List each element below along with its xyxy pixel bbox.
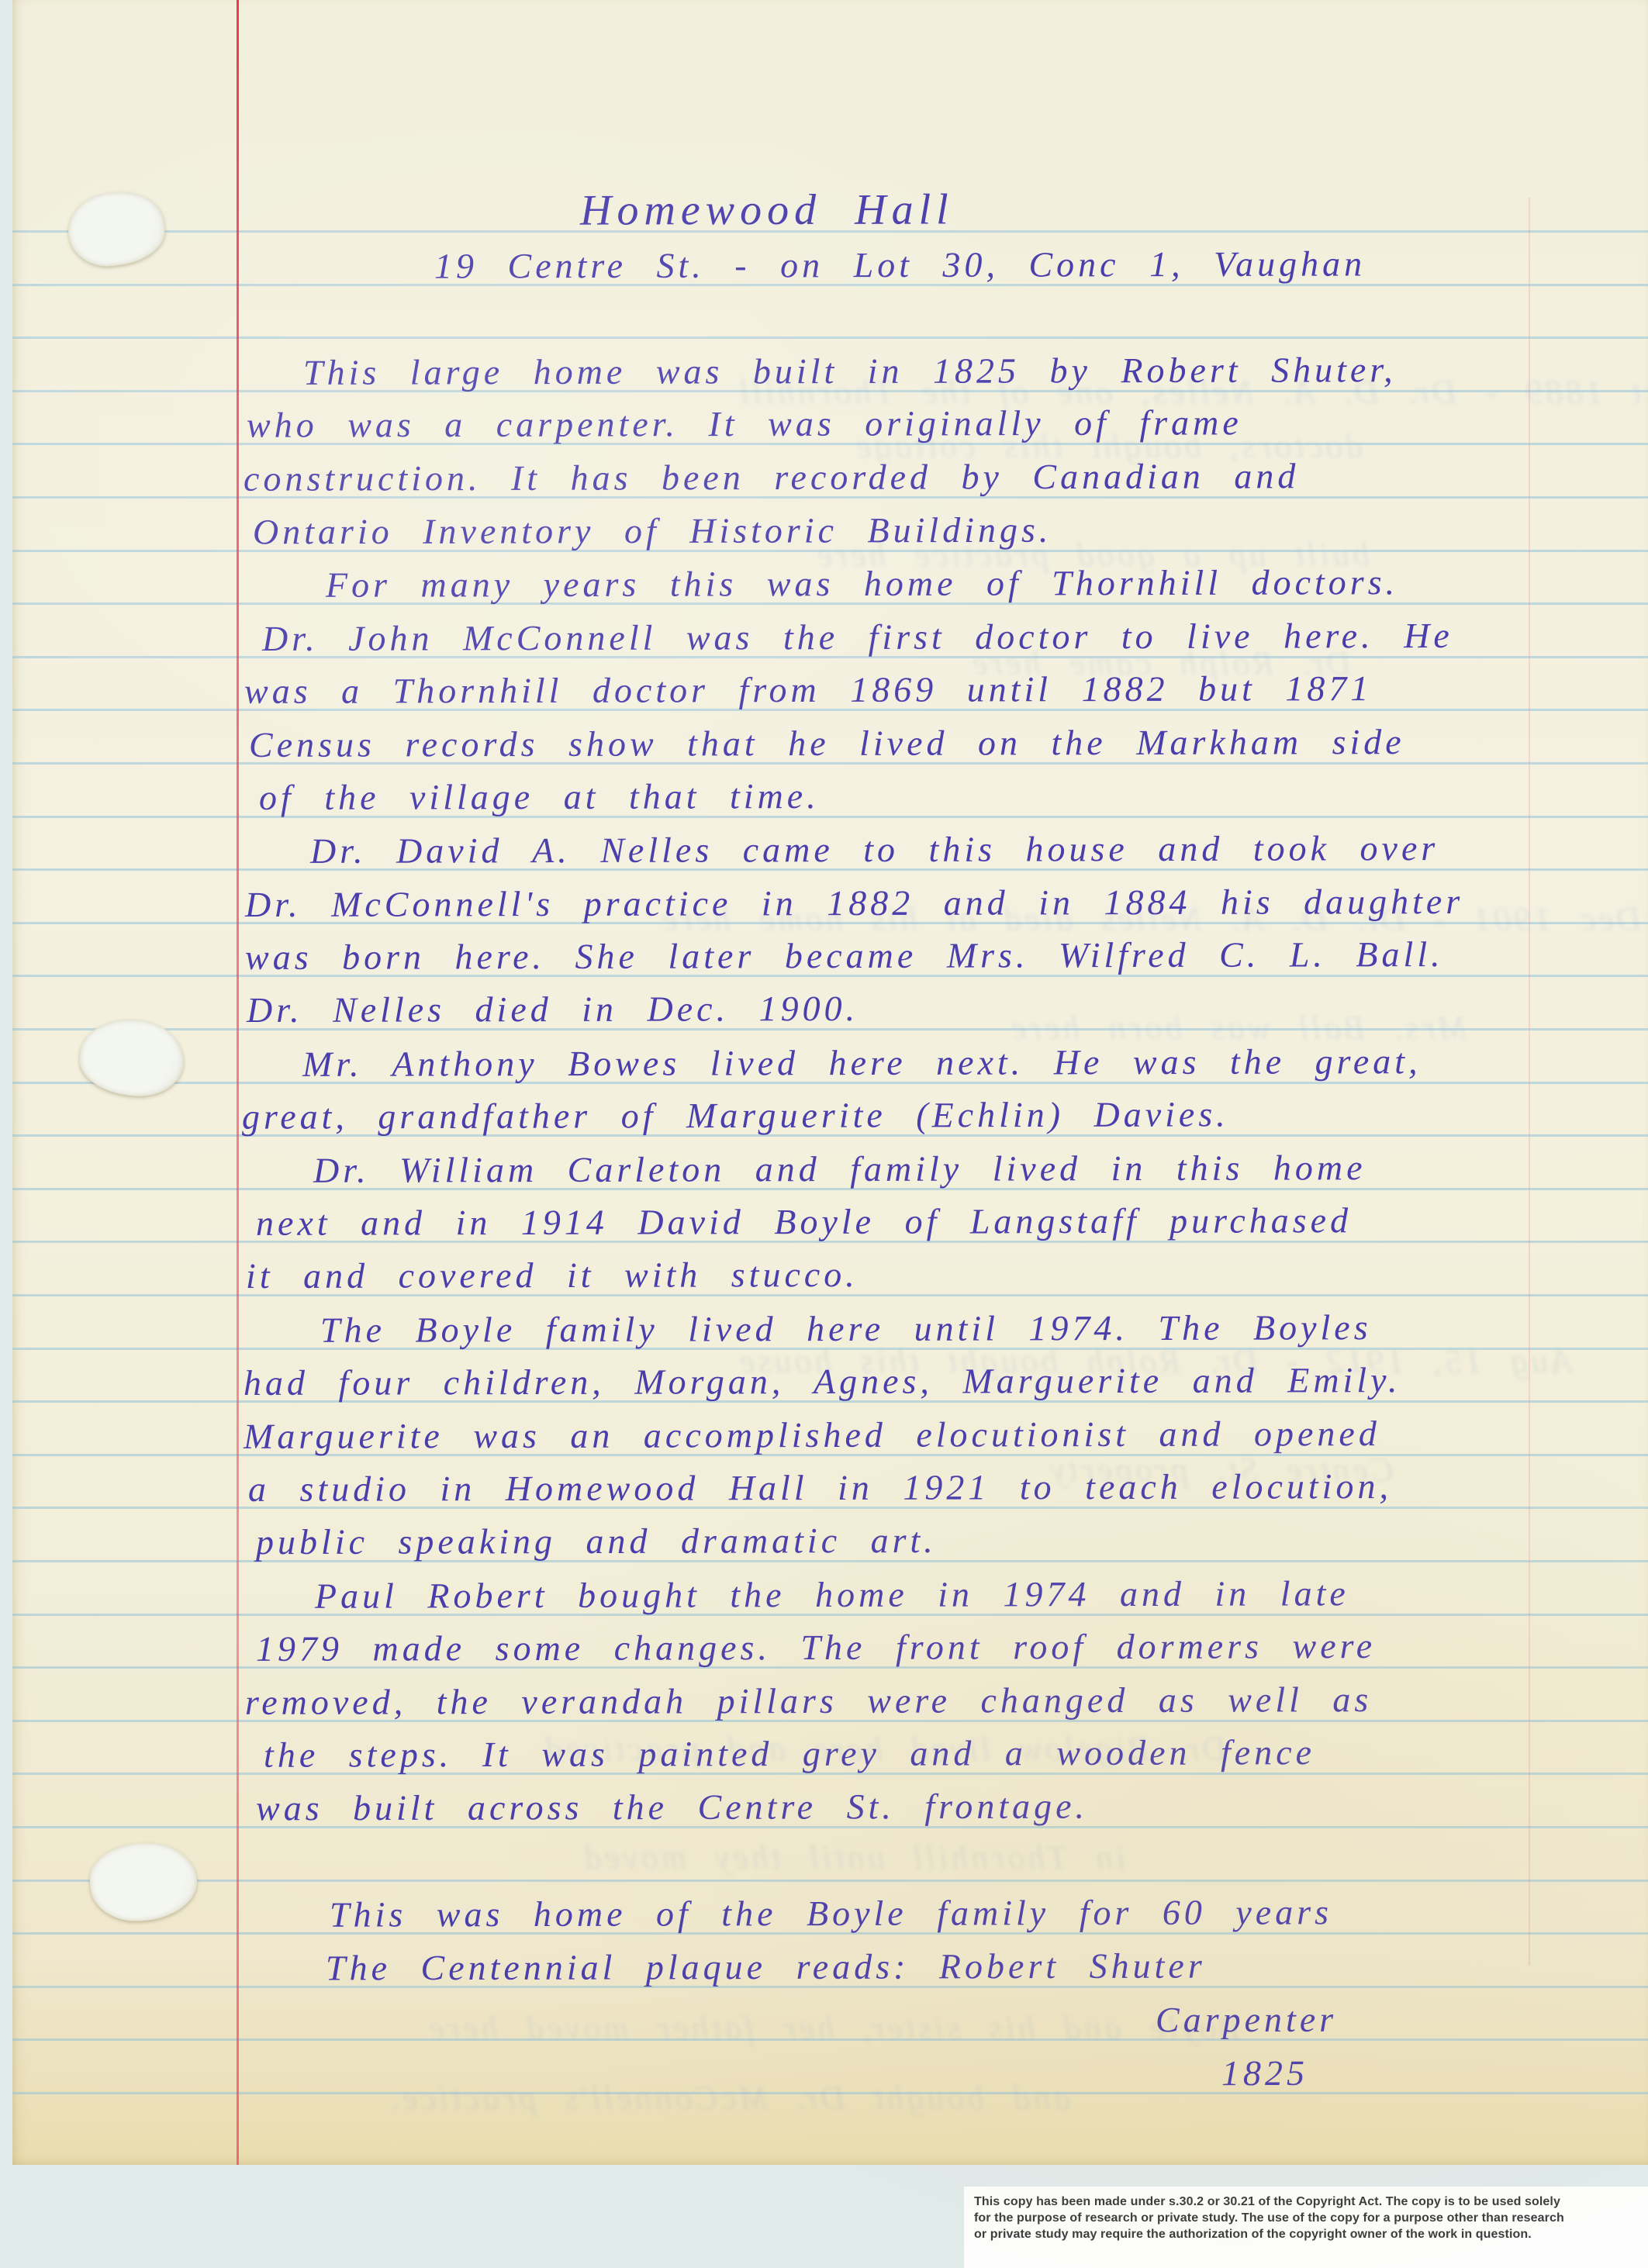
right-margin-line (1529, 198, 1530, 1966)
handwritten-line: removed, the verandah pillars were chang… (245, 1679, 1372, 1723)
handwritten-line: great, grandfather of Marguerite (Echlin… (242, 1095, 1229, 1137)
handwritten-line: Dr. David A. Nelles came to this house a… (310, 828, 1439, 872)
bleedthrough-line: and bought Dr. McConnell's practice. (388, 2078, 1070, 2118)
handwritten-line: had four children, Morgan, Agnes, Margue… (244, 1360, 1401, 1403)
red-margin-line (237, 0, 239, 2165)
handwritten-line: who was a carpenter. It was originally o… (247, 403, 1242, 446)
handwritten-line: Dr. McConnell's practice in 1882 and in … (245, 882, 1463, 925)
handwritten-line: Dr. John McConnell was the first doctor … (262, 616, 1453, 659)
handwritten-line: a studio in Homewood Hall in 1921 to tea… (248, 1466, 1392, 1510)
handwritten-title: Homewood Hall (580, 186, 954, 233)
handwritten-line: Dr. Nelles died in Dec. 1900. (247, 989, 859, 1030)
handwritten-line: construction. It has been recorded by Ca… (244, 456, 1299, 499)
handwritten-line: The Centennial plaque reads: Robert Shut… (326, 1945, 1206, 1988)
handwritten-line: This was home of the Boyle family for 60… (330, 1892, 1332, 1935)
copyright-stamp-line: This copy has been made under s.30.2 or … (964, 2194, 1648, 2210)
handwritten-address: 19 Centre St. - on Lot 30, Conc 1, Vaugh… (434, 243, 1366, 286)
handwritten-line: the steps. It was painted grey and a woo… (264, 1733, 1315, 1776)
copyright-stamp-line: for the purpose of research or private s… (964, 2210, 1648, 2226)
handwritten-line: was a Thornhill doctor from 1869 until 1… (244, 668, 1372, 712)
handwritten-line: it and covered it with stucco. (246, 1255, 859, 1296)
ruled-line (12, 337, 1648, 339)
handwritten-line: was built across the Centre St. frontage… (256, 1786, 1088, 1829)
bleedthrough-line: Boyle and his sister, her father moved h… (427, 2008, 1240, 2048)
handwritten-line: public speaking and dramatic art. (256, 1521, 937, 1562)
ruled-line (12, 816, 1648, 818)
handwritten-line: Mr. Anthony Bowes lived here next. He wa… (302, 1041, 1422, 1085)
handwritten-line: of the village at that time. (259, 776, 820, 818)
handwritten-line: 1979 made some changes. The front roof d… (256, 1626, 1376, 1669)
handwritten-line: Marguerite was an accomplished elocution… (244, 1414, 1380, 1457)
handwritten-line: was born here. She later became Mrs. Wil… (245, 934, 1444, 978)
scanned-page: Oct 1889 - Dr. D. A. Nelles, one of the … (0, 0, 1648, 2268)
copyright-stamp-line: or private study may require the authori… (964, 2226, 1648, 2242)
handwritten-line: For many years this was home of Thornhil… (326, 562, 1398, 606)
handwritten-line: next and in 1914 David Boyle of Langstaf… (256, 1201, 1352, 1244)
bleedthrough-line: in Thornhill until they moved (582, 1838, 1125, 1877)
handwritten-line: 1825 (1221, 2053, 1308, 2094)
handwritten-line: Carpenter (1156, 2000, 1337, 2041)
ruled-line (12, 1880, 1648, 1882)
handwritten-line: Dr. William Carleton and family lived in… (313, 1148, 1366, 1191)
handwritten-line: This large home was built in 1825 by Rob… (303, 350, 1397, 393)
handwritten-line: The Boyle family lived here until 1974. … (320, 1307, 1372, 1351)
handwritten-line: Paul Robert bought the home in 1974 and … (315, 1573, 1349, 1616)
copyright-stamp: This copy has been made under s.30.2 or … (964, 2187, 1648, 2268)
handwritten-line: Census records show that he lived on the… (249, 722, 1405, 765)
handwritten-line: Ontario Inventory of Historic Buildings. (253, 509, 1052, 552)
